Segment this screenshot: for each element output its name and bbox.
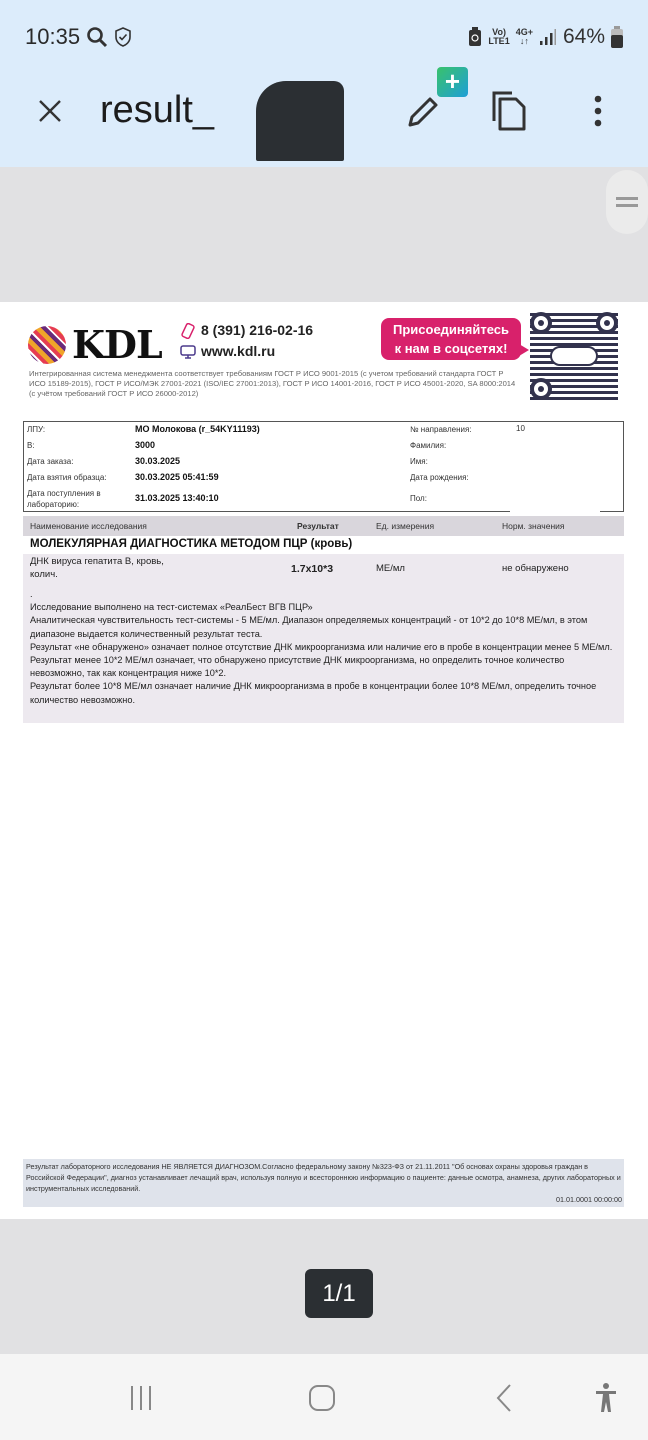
page-indicator: 1/1 <box>305 1269 373 1318</box>
redaction-block <box>256 81 344 161</box>
copy-icon <box>490 89 530 133</box>
section-title: МОЛЕКУЛЯРНАЯ ДИАГНОСТИКА МЕТОДОМ ПЦР (кр… <box>30 538 352 550</box>
scroll-handle[interactable] <box>606 170 648 234</box>
redacted-patient-data <box>510 422 600 512</box>
accessibility-icon <box>591 1382 621 1414</box>
social-icons <box>550 346 598 366</box>
website: www.kdl.ru <box>201 341 275 362</box>
status-time: 10:35 <box>25 24 80 50</box>
iso-certification: Интегрированная система менеджмента соот… <box>29 369 521 399</box>
data-indicator: 4G+↓↑ <box>516 28 533 46</box>
kdl-logo: KDL <box>28 322 162 367</box>
drag-handle-icon <box>616 197 638 200</box>
navigation-bar <box>0 1354 648 1440</box>
document-page: KDL 8 (391) 216-02-16 www.kdl.ru Присоед… <box>0 302 648 1219</box>
footer-timestamp: 01.01.0001 00:00:00 <box>556 1194 622 1205</box>
monitor-icon <box>180 344 196 360</box>
back-icon <box>490 1383 520 1413</box>
patient-info-box: ЛПУ: МО Молокова (r_54KY11193) В: 3000 Д… <box>23 421 624 512</box>
add-badge[interactable]: + <box>437 67 468 97</box>
accessibility-button[interactable] <box>586 1378 626 1418</box>
home-icon <box>307 1383 337 1413</box>
battery-percent: 64% <box>563 25 605 49</box>
qr-code <box>530 312 618 400</box>
status-bar: 10:35 Vo)LTE1 4G+↓↑ 64% <box>25 22 623 52</box>
contacts: 8 (391) 216-02-16 www.kdl.ru <box>180 320 313 362</box>
table-header: Наименование исследования Результат Ед. … <box>23 516 624 536</box>
recents-button[interactable] <box>121 1378 161 1418</box>
recents-icon <box>126 1383 156 1413</box>
document-title: result_ <box>100 89 214 132</box>
result-notes: . Исследование выполнено на тест-система… <box>23 583 624 723</box>
signal-icon <box>539 28 557 46</box>
search-icon <box>86 26 108 48</box>
back-button[interactable] <box>485 1378 525 1418</box>
more-vert-icon <box>584 93 612 129</box>
home-button[interactable] <box>302 1378 342 1418</box>
shield-check-icon <box>114 26 132 48</box>
table-row: ДНК вируса гепатита В, кровь, колич. 1.7… <box>23 554 624 583</box>
close-icon <box>37 98 63 124</box>
logo-ball-icon <box>28 326 66 364</box>
battery-icon <box>611 26 623 48</box>
close-button[interactable] <box>32 93 68 129</box>
copy-button[interactable] <box>490 89 530 133</box>
more-options-button[interactable] <box>584 93 612 129</box>
top-bar: 10:35 Vo)LTE1 4G+↓↑ 64% result_ + <box>0 0 648 167</box>
app-bar: result_ + <box>0 75 648 147</box>
social-banner: Присоединяйтесь к нам в соцсетях! <box>381 318 521 360</box>
battery-saver-icon <box>468 27 482 47</box>
volte-indicator: Vo)LTE1 <box>488 28 509 46</box>
phone-icon <box>180 323 196 339</box>
phone-number: 8 (391) 216-02-16 <box>201 320 313 341</box>
disclaimer-footer: Результат лабораторного исследования НЕ … <box>23 1159 624 1207</box>
